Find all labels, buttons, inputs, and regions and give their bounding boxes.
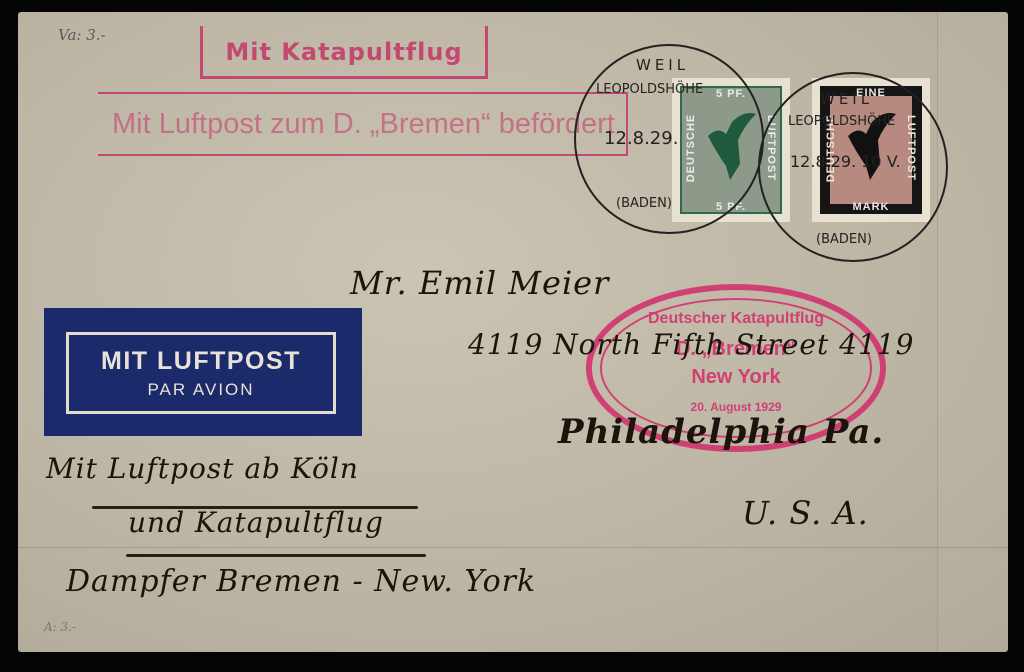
address-country: U. S. A. [742, 494, 869, 532]
fold-line [18, 547, 1008, 548]
postmark-region: (BADEN) [816, 232, 872, 247]
pencil-note-bottom: A: 3.- [44, 620, 76, 634]
routing-note-line3: Dampfer Bremen - New. York [66, 564, 536, 599]
address-street: 4119 North Fifth Street 4119 [468, 328, 914, 361]
airmail-label-frame: MIT LUFTPOST PAR AVION [66, 332, 336, 414]
postmark-city: WEIL [820, 90, 873, 108]
postmark-district: LEOPOLDSHÖHE [788, 114, 895, 129]
postmark-date: 12.8.29. [604, 128, 678, 149]
luftpost-bremen-cachet-text: Mit Luftpost zum D. „Bremen“ befördert [112, 108, 615, 141]
oval-cachet-line1: Deutscher Katapultflug [592, 310, 880, 328]
pencil-note-top: Va: 3.- [58, 26, 106, 44]
routing-underline-2 [126, 554, 426, 557]
postmark-2: WEIL LEOPOLDSHÖHE 12.8.29. 10 V. (BADEN) [758, 72, 948, 262]
postmark-date: 12.8.29. 10 V. [790, 152, 901, 171]
postmark-district: LEOPOLDSHÖHE [596, 82, 703, 97]
address-name: Mr. Emil Meier [350, 264, 609, 302]
routing-note-line2: und Katapultflug [128, 506, 384, 539]
oval-cachet-line3: New York [592, 366, 880, 389]
address-city: Philadelphia Pa. [558, 412, 884, 452]
airmail-label: MIT LUFTPOST PAR AVION [44, 308, 362, 436]
envelope: Va: 3.- A: 3.- Mit Katapultflug Mit Luft… [18, 12, 1008, 652]
routing-note-line1: Mit Luftpost ab Köln [46, 452, 359, 485]
airmail-subtitle: PAR AVION [147, 380, 254, 400]
envelope-flap [937, 12, 1008, 652]
postmark-region: (BADEN) [616, 196, 672, 211]
luftpost-bremen-cachet: Mit Luftpost zum D. „Bremen“ befördert [98, 92, 628, 156]
katapultflug-cachet-text: Mit Katapultflug [225, 38, 462, 66]
postmark-1: WEIL LEOPOLDSHÖHE 12.8.29. (BADEN) [574, 44, 764, 234]
postmark-city: WEIL [636, 56, 689, 74]
airmail-title: MIT LUFTPOST [101, 347, 301, 376]
katapultflug-box-cachet: Mit Katapultflug [200, 26, 488, 79]
